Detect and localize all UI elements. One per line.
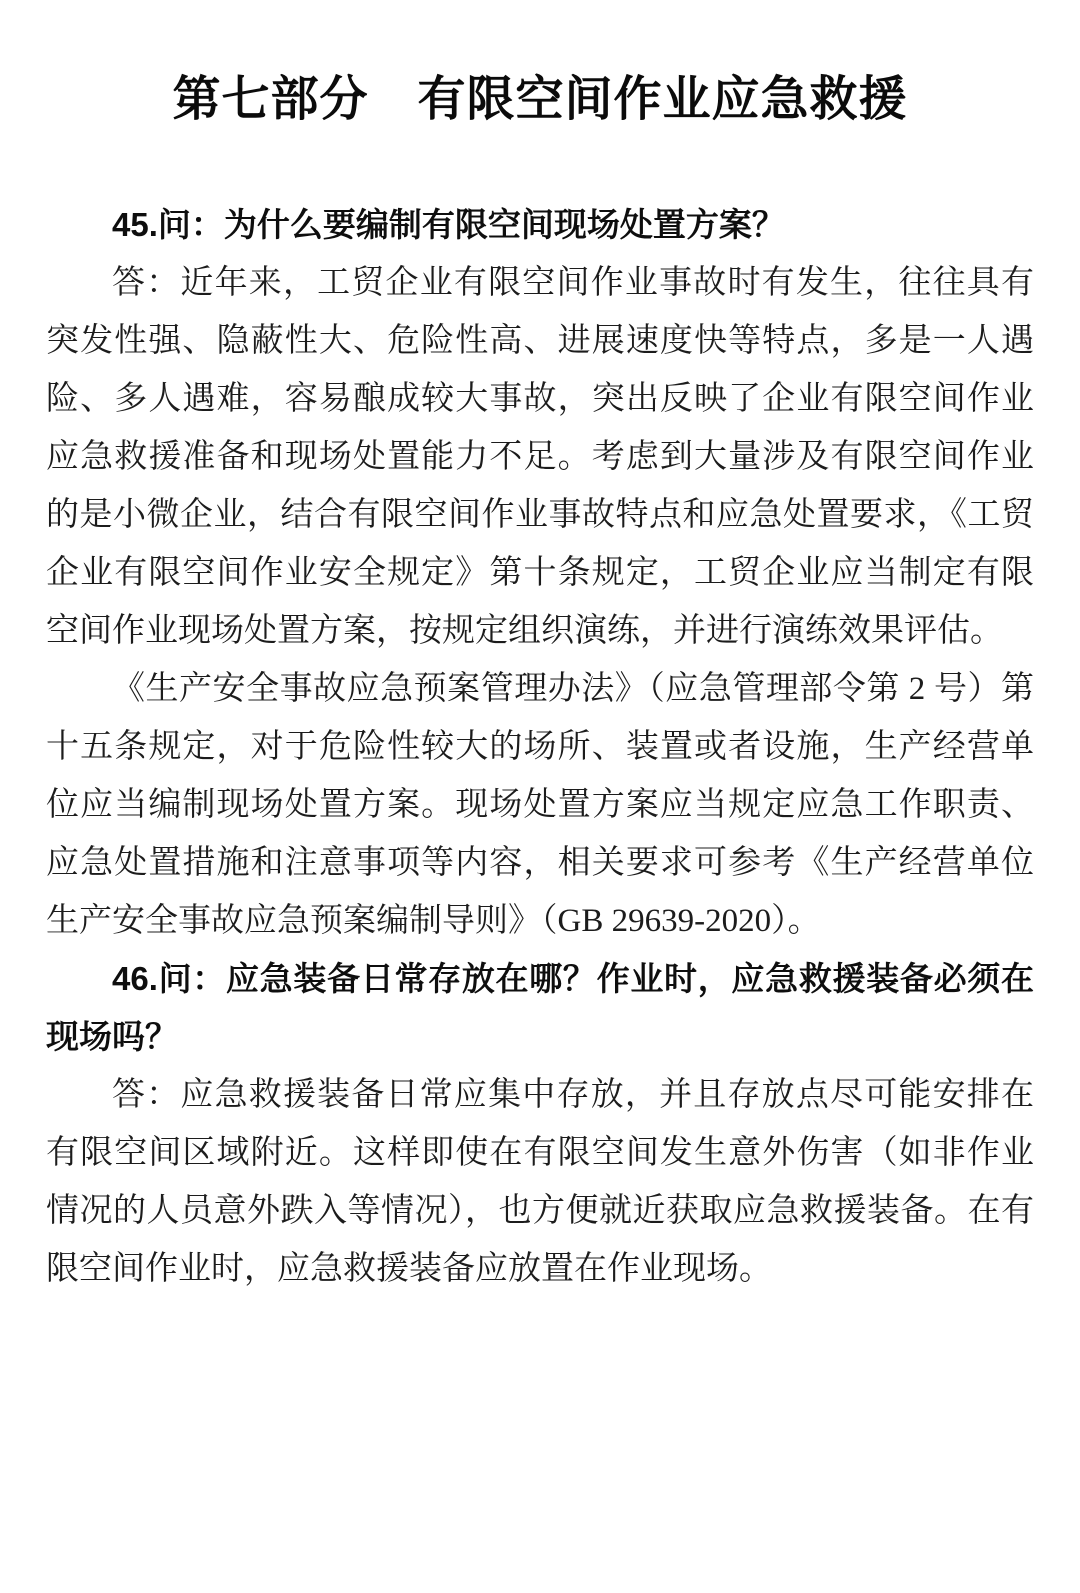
question-45-heading: 45.问：为什么要编制有限空间现场处置方案？ [46,196,1034,254]
qa-section-45: 45.问：为什么要编制有限空间现场处置方案？ 答：近年来，工贸企业有限空间作业事… [46,196,1034,950]
question-46-heading: 46.问：应急装备日常存放在哪？作业时，应急救援装备必须在现场吗？ [46,950,1034,1066]
document-page: 第七部分 有限空间作业应急救援 45.问：为什么要编制有限空间现场处置方案？ 答… [0,0,1080,1593]
qa-section-46: 46.问：应急装备日常存放在哪？作业时，应急救援装备必须在现场吗？ 答：应急救援… [46,950,1034,1298]
page-title: 第七部分 有限空间作业应急救援 [46,70,1034,130]
answer-45-paragraph-1: 答：近年来，工贸企业有限空间作业事故时有发生，往往具有突发性强、隐蔽性大、危险性… [46,254,1034,660]
answer-45-paragraph-2: 《生产安全事故应急预案管理办法》（应急管理部令第 2 号）第十五条规定，对于危险… [46,660,1034,950]
answer-46-paragraph-1: 答：应急救援装备日常应集中存放，并且存放点尽可能安排在有限空间区域附近。这样即使… [46,1066,1034,1298]
